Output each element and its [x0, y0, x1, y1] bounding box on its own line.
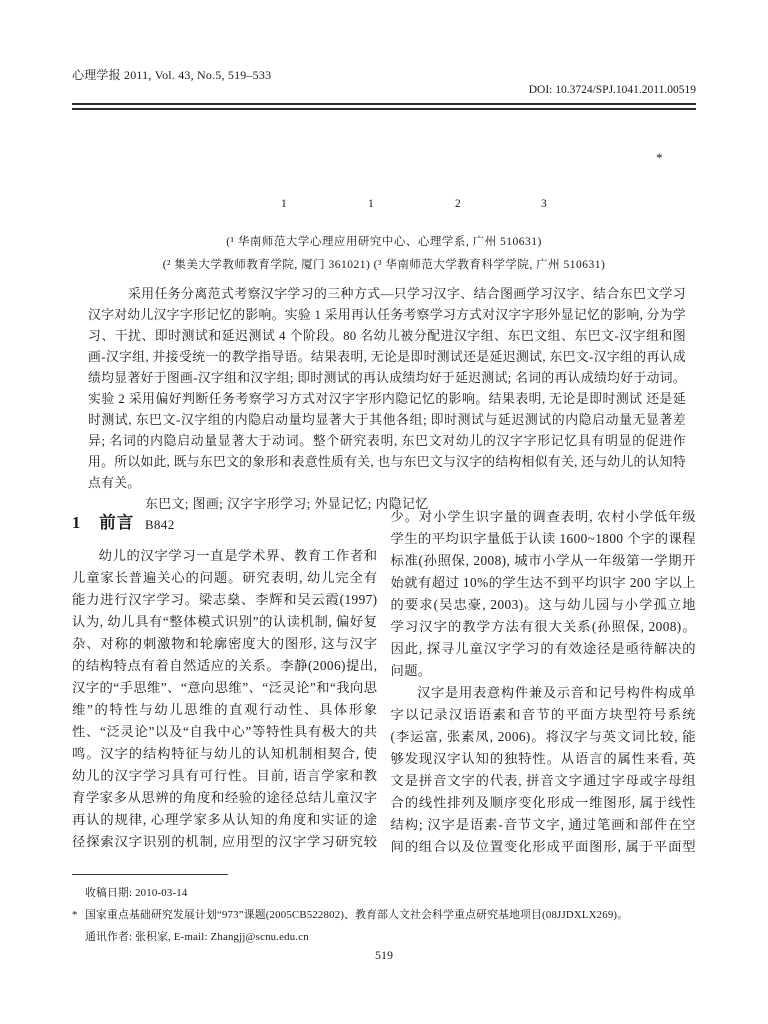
body-two-columns: 1前言 幼儿的汉字学习一直是学术界、教育工作者和儿童家长普遍关心的问题。研究表明…	[72, 506, 696, 858]
author-superscript-3: 2	[455, 198, 461, 210]
doi-text: DOI: 10.3724/SPJ.1041.2011.00519	[529, 84, 696, 96]
section-1-heading: 1前言	[72, 512, 378, 534]
section-1-title: 前言	[99, 513, 134, 532]
author-superscript-1: 1	[281, 198, 287, 210]
funding-text: 国家重点基础研究发展计划“973”课题(2005CB522802)、教育部人文社…	[85, 909, 628, 921]
page-number: 519	[0, 948, 768, 963]
footnote-block: 收稿日期: 2010-03-14 *国家重点基础研究发展计划“973”课题(20…	[72, 882, 708, 948]
corresponding-author: 通讯作者: 张积家, E-mail: Zhangjj@scnu.edu.cn	[72, 926, 708, 948]
header-double-rule	[72, 103, 696, 110]
affiliation-line-1: (¹ 华南师范大学心理应用研究中心、心理学系, 广州 510631)	[0, 233, 768, 249]
funding-note: *国家重点基础研究发展计划“973”课题(2005CB522802)、教育部人文…	[72, 904, 708, 926]
abstract-text: 采用任务分离范式考察汉字学习的三种方式—只学习汉字、结合图画学习汉字、结合东巴文…	[88, 284, 686, 494]
affiliation-line-2: (² 集美大学教师教育学院, 厦门 361021) (³ 华南师范大学教育科学学…	[0, 256, 768, 272]
abstract-section: 采用任务分离范式考察汉字学习的三种方式—只学习汉字、结合图画学习汉字、结合东巴文…	[88, 284, 686, 536]
section-1-number: 1	[72, 513, 81, 532]
funding-star-marker: *	[72, 904, 85, 926]
received-date: 收稿日期: 2010-03-14	[72, 882, 708, 904]
author-superscript-4: 3	[541, 198, 547, 210]
author-superscript-2: 1	[368, 198, 374, 210]
journal-volume-info: 心理学报 2011, Vol. 43, No.5, 519–533	[72, 66, 271, 83]
journal-article-page: 心理学报 2011, Vol. 43, No.5, 519–533 DOI: 1…	[0, 0, 768, 1024]
footnote-separator-rule	[72, 874, 228, 875]
title-footnote-star: *	[656, 150, 663, 166]
